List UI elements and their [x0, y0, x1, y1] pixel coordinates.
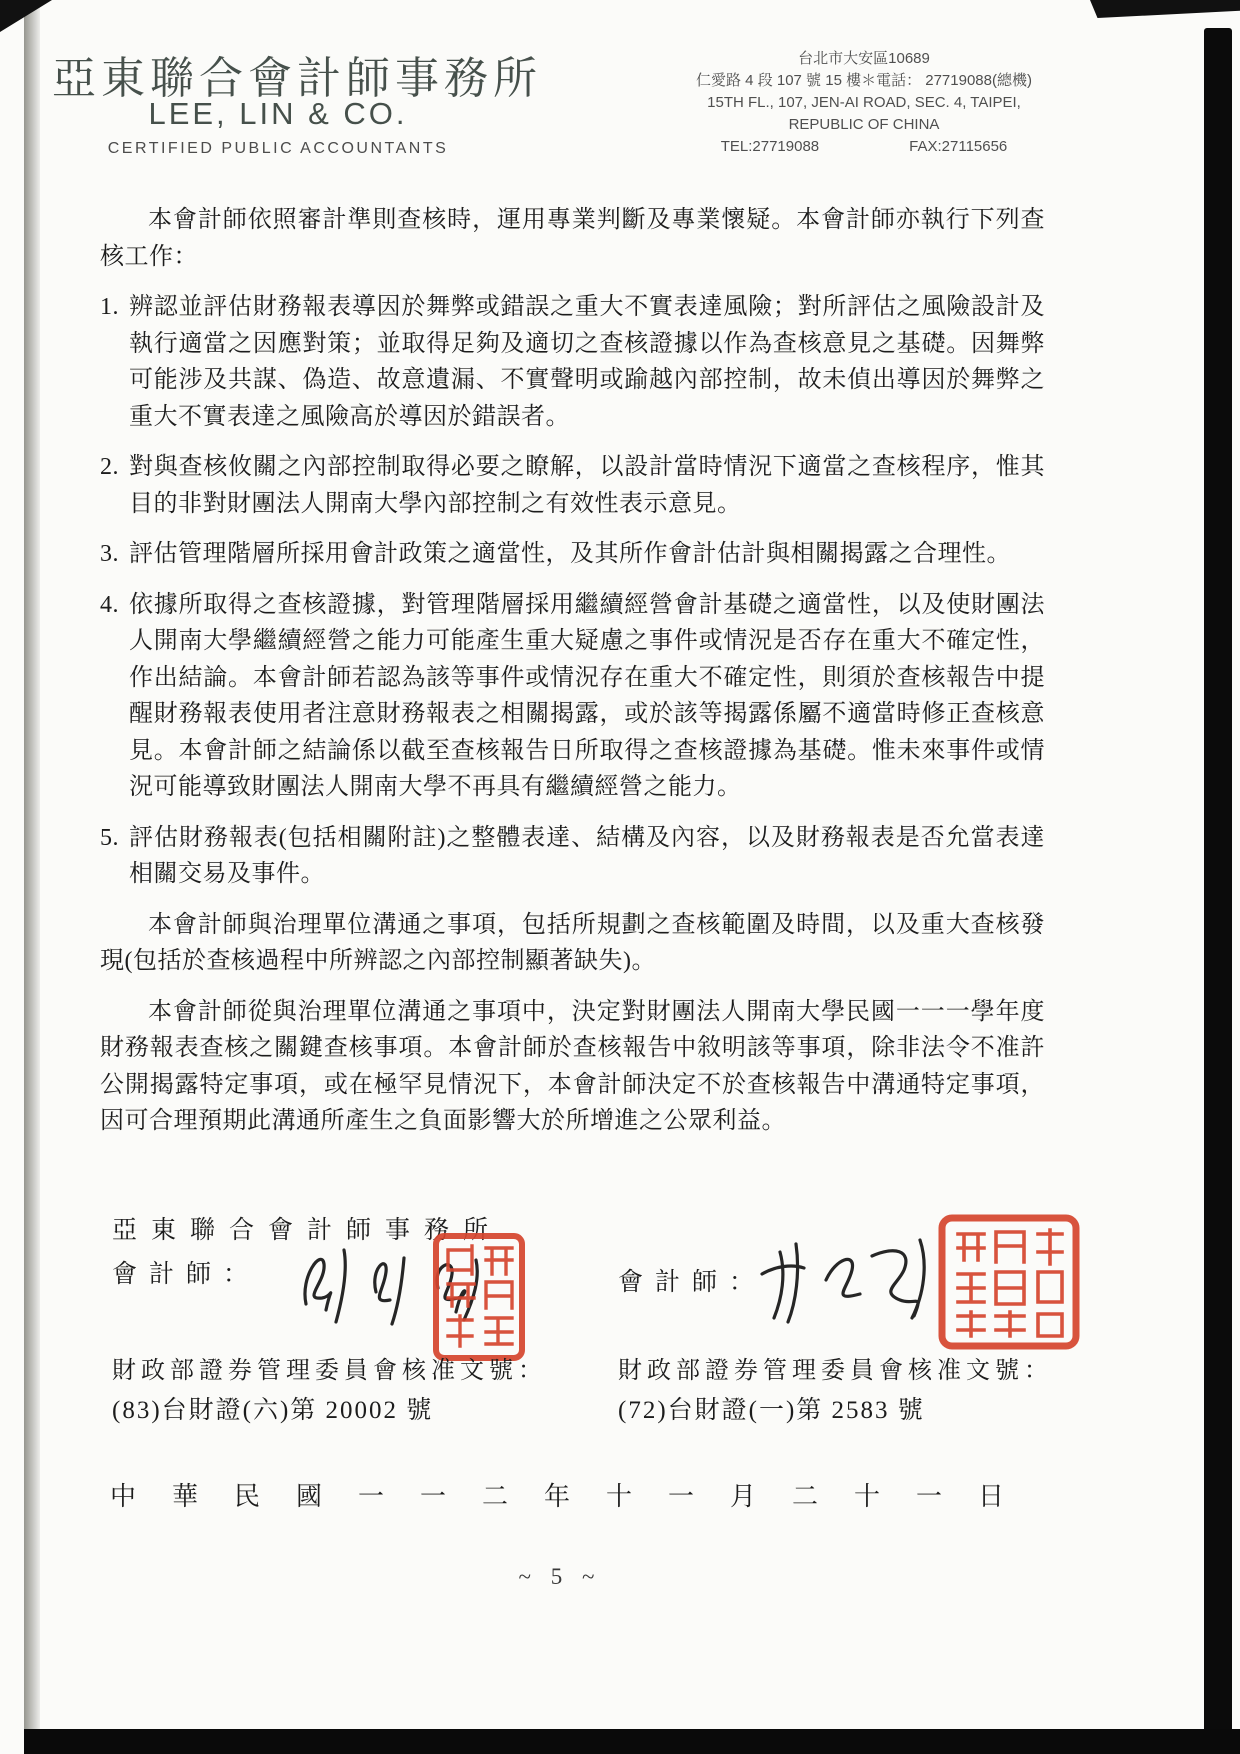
approval-number-left: (83)台財證(六)第 20002 號: [112, 1390, 433, 1426]
scan-corner-top-right: [1090, 0, 1240, 18]
list-item: 1. 辨認並評估財務報表導因於舞弊或錯誤之重大不實表達風險；對所評估之風險設計及…: [100, 289, 1045, 435]
approval-number-right: (72)台財證(一)第 2583 號: [618, 1390, 925, 1426]
tel-fax-line: TEL:27719088 FAX:27115656: [626, 136, 1102, 158]
list-item-text: 對與查核攸關之內部控制取得必要之瞭解，以設計當時情況下適當之查核程序，惟其目的非…: [129, 449, 1045, 522]
report-date-line: 中華民國一一二年十一月二十一日: [110, 1476, 1040, 1513]
cpa-label-right: 會計師：: [618, 1262, 766, 1298]
list-item-number: 2.: [100, 449, 129, 522]
intro-paragraph: 本會計師依照審計準則查核時，運用專業判斷及專業懷疑。本會計師亦執行下列查核工作：: [100, 202, 1045, 275]
cpa-seal-right: [938, 1214, 1080, 1350]
audit-report-page: 亞東聯合會計師事務所 LEE, LIN & CO. CERTIFIED PUBL…: [0, 0, 1240, 1754]
cpa-signature-right: [752, 1222, 952, 1334]
cpa-label-left: 會計師：: [112, 1254, 260, 1290]
approval-label-right: 財政部證券管理委員會核准文號：: [618, 1350, 1053, 1385]
list-item: 2. 對與查核攸關之內部控制取得必要之瞭解，以設計當時情況下適當之查核程序，惟其…: [100, 449, 1045, 522]
address-line-zh1: 台北市大安區10689: [626, 48, 1102, 70]
firm-subtitle: CERTIFIED PUBLIC ACCOUNTANTS: [52, 140, 504, 158]
list-item: 5. 評估財務報表(包括相關附註)之整體表達、結構及內容，以及財務報表是否允當表…: [100, 820, 1045, 893]
letterhead-address: 台北市大安區10689 仁愛路 4 段 107 號 15 樓＊電話： 27719…: [626, 48, 1102, 158]
report-body: 本會計師依照審計準則查核時，運用專業判斷及專業懷疑。本會計師亦執行下列查核工作：…: [100, 202, 1045, 1202]
scan-edge-bottom: [24, 1729, 1240, 1754]
approval-label-left: 財政部證券管理委員會核准文號：: [112, 1350, 547, 1385]
list-item: 4. 依據所取得之查核證據，對管理階層採用繼續經營會計基礎之適當性，以及使財團法…: [100, 587, 1045, 806]
list-item-number: 1.: [100, 289, 129, 435]
list-item-text: 辨認並評估財務報表導因於舞弊或錯誤之重大不實表達風險；對所評估之風險設計及執行適…: [129, 289, 1045, 435]
list-item-number: 4.: [100, 587, 129, 806]
scan-edge-left: [24, 0, 40, 1754]
address-line-en2: REPUBLIC OF CHINA: [626, 114, 1102, 136]
firm-name-en: LEE, LIN & CO.: [52, 96, 504, 132]
list-item-text: 評估管理階層所採用會計政策之適當性，及其所作會計估計與相關揭露之合理性。: [129, 536, 1045, 573]
scan-edge-right: [1204, 28, 1232, 1754]
fax-number: FAX:27115656: [909, 136, 1007, 158]
page-number: ~ 5 ~: [430, 1564, 690, 1590]
key-audit-matters-paragraph: 本會計師從與治理單位溝通之事項中，決定對財團法人開南大學民國一一一學年度財務報表…: [100, 994, 1045, 1140]
cpa-seal-left: [432, 1232, 526, 1362]
list-item-number: 3.: [100, 536, 129, 573]
address-line-zh2: 仁愛路 4 段 107 號 15 樓＊電話： 27719088(總機): [626, 70, 1102, 92]
list-item-text: 依據所取得之查核證據，對管理階層採用繼續經營會計基礎之適當性，以及使財團法人開南…: [129, 587, 1045, 806]
tel-number: TEL:27719088: [721, 136, 819, 158]
list-item: 3. 評估管理階層所採用會計政策之適當性，及其所作會計估計與相關揭露之合理性。: [100, 536, 1045, 573]
communication-paragraph: 本會計師與治理單位溝通之事項，包括所規劃之查核範圍及時間，以及重大查核發現(包括…: [100, 907, 1045, 980]
address-line-en1: 15TH FL., 107, JEN-AI ROAD, SEC. 4, TAIP…: [626, 92, 1102, 114]
list-item-number: 5.: [100, 820, 129, 893]
list-item-text: 評估財務報表(包括相關附註)之整體表達、結構及內容，以及財務報表是否允當表達相關…: [129, 820, 1045, 893]
